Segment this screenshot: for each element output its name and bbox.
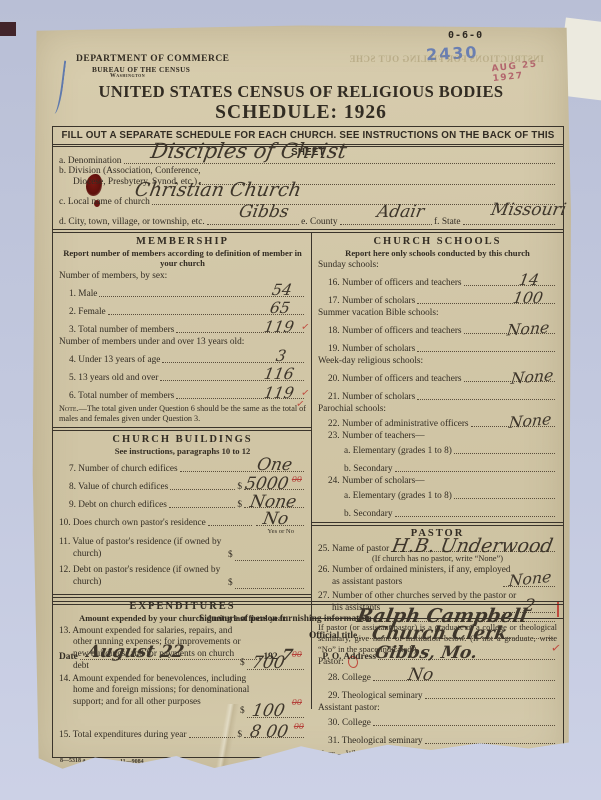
dotted-leader <box>454 453 555 454</box>
section-divider <box>53 427 312 431</box>
dotted-leader <box>189 737 236 738</box>
date-year-hand: 7 <box>280 647 294 663</box>
q22-label: 22. Number of administrative officers <box>318 419 469 429</box>
church-buildings-title: CHURCH BUILDINGS <box>59 434 306 445</box>
division-label-1: b. Division (Association, Conference, <box>59 166 201 176</box>
church-schools-title: CHURCH SCHOOLS <box>318 236 557 247</box>
dotted-leader <box>395 471 555 472</box>
q4-label: 4. Under 13 years of age <box>59 355 160 365</box>
q7-label: 7. Number of church edifices <box>59 464 178 474</box>
pastor-note: Note.—Where one pastor serves two or mor… <box>318 749 557 790</box>
q16-row: 16. Number of officers and teachers 14 <box>318 274 557 288</box>
dotted-leader <box>207 224 299 225</box>
q15-label: 15. Total expenditures during year <box>59 730 187 740</box>
q22-row: 22. Number of administrative officers No… <box>318 415 557 429</box>
date-address-row: Date , 192 7 P. O. Address August 22 Gib… <box>59 641 557 662</box>
q14-block: 14. Amount expended for benevolences, in… <box>59 674 306 720</box>
q20-row: 20. Number of officers and teachers None <box>318 370 557 384</box>
q25-row: 25. Name of pastor H.B. Underwood <box>318 540 557 554</box>
q26-block: 26. Number of ordained ministers, if any… <box>318 565 557 589</box>
q30-row: 30. College <box>318 714 557 728</box>
q29-row: 29. Theological seminary <box>318 687 557 701</box>
q18-label: 18. Number of officers and teachers <box>318 326 462 336</box>
q15-value: 8 00 <box>249 724 290 741</box>
q20-value: None <box>510 368 554 387</box>
q3-label: 3. Total number of members <box>59 325 174 335</box>
q5-value: 116 <box>263 367 295 383</box>
county-label: e. County <box>301 217 337 227</box>
po-address-value: Gibbs, Mo. <box>374 645 479 662</box>
q11-label: 11. Value of pastor's residence (if owne… <box>59 537 241 560</box>
q15-row: 15. Total expenditures during year $ 8 0… <box>59 726 306 740</box>
members-by-age-label: Number of members under and over 13 year… <box>59 337 306 347</box>
dotted-leader <box>417 399 555 400</box>
q12-label: 12. Debt on pastor's residence (if owned… <box>59 565 241 588</box>
department-line: DEPARTMENT OF COMMERCE <box>76 54 230 64</box>
q14-label: 14. Amount expended for benevolences, in… <box>59 674 251 709</box>
q10-label: 10. Does church own pastor's residence <box>59 518 206 528</box>
q19-row: 19. Number of scholars <box>318 340 557 354</box>
q29-label: 29. Theological seminary <box>318 691 423 701</box>
signature-row: Signature of person furnishing informati… <box>59 607 557 624</box>
section-divider <box>53 594 312 598</box>
q3-value: 119 <box>263 320 295 336</box>
note-label: Note. <box>318 749 338 758</box>
date-year-printed: , 192 <box>259 652 278 662</box>
q11-dollar: $ <box>228 550 233 562</box>
note-label: Note. <box>59 404 79 413</box>
city-county-state-row: d. City, town, village, or township, etc… <box>59 207 557 227</box>
city-value: Gibbs <box>238 204 291 221</box>
summer-schools-label: Summer vacation Bible schools: <box>318 308 557 318</box>
q1-value: 54 <box>271 283 293 299</box>
q19-label: 19. Number of scholars <box>318 344 415 354</box>
q10-hint: Yes or No <box>59 528 306 535</box>
q23b-row: b. Secondary <box>318 460 557 474</box>
q16-label: 16. Number of officers and teachers <box>318 278 462 288</box>
q12-dollar: $ <box>228 578 233 590</box>
state-label: f. State <box>434 217 461 227</box>
q2-row: 2. Female 65 <box>59 303 306 317</box>
denomination-row: a. Denomination Disciples of Christ <box>59 149 557 166</box>
q6-row: 6. Total number of members 119 ✓ ✓ <box>59 387 306 401</box>
q4-row: 4. Under 13 years of age 3 <box>59 351 306 365</box>
q23b-label: b. Secondary <box>318 464 393 474</box>
q17-row: 17. Number of scholars 100 <box>318 292 557 306</box>
membership-subtitle: Report number of members according to de… <box>59 248 306 269</box>
dotted-leader <box>169 507 236 508</box>
q3-row: 3. Total number of members 119 ✓ <box>59 321 306 335</box>
q8-row: 8. Value of church edifices $ 5000 00 <box>59 478 306 492</box>
dotted-leader <box>454 498 555 499</box>
dotted-leader <box>124 163 556 164</box>
q14-dollar: $ <box>240 706 245 718</box>
q24a-row: a. Elementary (grades 1 to 8) <box>318 487 557 501</box>
city-label: d. City, town, village, or township, etc… <box>59 217 205 227</box>
section-divider <box>312 522 563 526</box>
q22-value: None <box>508 412 552 431</box>
q26-label: 26. Number of ordained ministers, if any… <box>318 565 518 588</box>
note-text: —Where one pastor serves two or more chu… <box>318 749 557 789</box>
q18-value: None <box>506 320 550 338</box>
q23-label: 23. Number of teachers— <box>318 431 557 441</box>
q23a-row: a. Elementary (grades 1 to 8) <box>318 442 557 456</box>
signature-block: Signature of person furnishing informati… <box>53 601 563 662</box>
q11-answer: $ <box>228 550 306 562</box>
red-margin-note: R. <box>13 201 36 227</box>
photo-corner-artifact <box>0 22 16 36</box>
dotted-leader <box>425 743 555 744</box>
scanned-census-form: 0-6-0 2430 AUG 25 1927 INSTRUCTIONS FOR … <box>0 0 601 800</box>
sunday-schools-label: Sunday schools: <box>318 260 557 270</box>
form-border-box: FILL OUT A SEPARATE SCHEDULE FOR EACH CH… <box>52 126 564 758</box>
official-title-row: Official title Church Clerk <box>59 624 557 641</box>
q31-label: 31. Theological seminary <box>318 736 423 746</box>
form-title: UNITED STATES CENSUS OF RELIGIOUS BODIES <box>30 82 572 102</box>
assistant-pastor-label: Assistant pastor: <box>318 703 557 713</box>
q9-dollar: $ <box>237 500 242 510</box>
handwritten-code: 0-6-0 <box>448 30 483 41</box>
q17-value: 100 <box>512 291 544 307</box>
membership-title: MEMBERSHIP <box>59 236 306 247</box>
red-check-mark: ✓ <box>295 398 305 410</box>
q5-label: 5. 13 years old and over <box>59 373 158 383</box>
q12-answer: $ <box>228 578 306 590</box>
q1-row: 1. Male 54 <box>59 285 306 299</box>
q5-row: 5. 13 years old and over 116 <box>59 369 306 383</box>
local-name-value: Christian Church <box>133 181 302 200</box>
q24-label: 24. Number of scholars— <box>318 476 557 486</box>
q2-value: 65 <box>269 301 291 317</box>
q24b-label: b. Secondary <box>318 509 393 519</box>
q8-label: 8. Value of church edifices <box>59 482 168 492</box>
q16-value: 14 <box>518 273 540 289</box>
q28-label: 28. College <box>318 673 371 683</box>
form-number-left: 8—5318 a <box>60 758 86 764</box>
schedule-title: SCHEDULE: 1926 <box>30 102 572 124</box>
q6-label: 6. Total number of members <box>59 391 174 401</box>
q17-label: 17. Number of scholars <box>318 296 415 306</box>
membership-note: Note.—The total given under Question 6 s… <box>59 404 306 425</box>
division-row-2: Diocese, Presbytery, Synod, etc.) <box>59 176 557 187</box>
q6-value: 119 <box>263 386 295 402</box>
denomination-value: Disciples of Christ <box>149 141 348 162</box>
dotted-leader <box>340 224 432 225</box>
po-address-label: P. O. Address <box>322 652 376 662</box>
members-by-sex-label: Number of members, by sex: <box>59 271 306 281</box>
q7-value: One <box>256 457 294 474</box>
q8-dollar: $ <box>237 482 242 492</box>
q28-value: No <box>407 667 435 684</box>
q23a-label: a. Elementary (grades 1 to 8) <box>318 446 452 456</box>
form-paper: 0-6-0 2430 AUG 25 1927 INSTRUCTIONS FOR … <box>30 24 572 774</box>
church-schools-subtitle: Report here only schools conducted by th… <box>318 248 557 258</box>
form-number-right: 11—9084 <box>120 759 144 765</box>
q18-row: 18. Number of officers and teachers None <box>318 322 557 336</box>
q1-label: 1. Male <box>59 289 97 299</box>
q30-label: 30. College <box>318 718 371 728</box>
q10-value: No <box>261 511 289 528</box>
q25-label: 25. Name of pastor <box>318 544 389 554</box>
weekday-schools-label: Week-day religious schools: <box>318 356 557 366</box>
answer-blank <box>235 560 304 561</box>
q8-cents-red: 00 <box>292 475 302 484</box>
bleed-through-text: INSTRUCTIONS FOR FILLING OUT SCHE <box>349 54 544 64</box>
dotted-leader <box>395 516 555 517</box>
q25-value: H.B. Underwood <box>391 537 555 556</box>
q2-label: 2. Female <box>59 307 106 317</box>
denomination-label: a. Denomination <box>59 156 122 166</box>
official-title-label: Official title <box>309 631 357 641</box>
q20-label: 20. Number of officers and teachers <box>318 374 462 384</box>
q10-row: 10. Does church own pastor's residence N… <box>59 514 306 528</box>
q28-row: 28. College No <box>318 669 557 683</box>
q31-row: 31. Theological seminary <box>318 732 557 746</box>
q24a-label: a. Elementary (grades 1 to 8) <box>318 491 452 501</box>
dotted-leader <box>464 285 555 286</box>
q11-block: 11. Value of pastor's residence (if owne… <box>59 537 306 563</box>
red-check-mark: ✓ <box>300 321 310 333</box>
q7-row: 7. Number of church edifices One <box>59 460 306 474</box>
q15-dollar: $ <box>237 730 242 740</box>
q9-label: 9. Debt on church edifices <box>59 500 167 510</box>
q24b-row: b. Secondary <box>318 505 557 519</box>
note-text: —The total given under Question 6 should… <box>59 404 306 423</box>
local-name-row: c. Local name of church Christian Church <box>59 187 557 207</box>
dotted-leader <box>425 698 555 699</box>
dotted-leader <box>417 351 555 352</box>
date-value: August 22 <box>86 644 186 661</box>
q12-block: 12. Debt on pastor's residence (if owned… <box>59 565 306 591</box>
dotted-leader <box>463 224 555 225</box>
q8-value: 5000 <box>243 476 289 493</box>
q14-cents-red: 00 <box>292 698 302 708</box>
q21-label: 21. Number of scholars <box>318 392 415 402</box>
office-line: Washington <box>110 73 145 79</box>
dotted-leader <box>373 725 555 726</box>
church-identity-section: a. Denomination Disciples of Christ b. D… <box>53 147 563 229</box>
answer-blank <box>235 588 304 589</box>
date-label: Date <box>59 652 78 662</box>
signature-label: Signature of person furnishing informati… <box>199 614 372 624</box>
q15-cents-red: 00 <box>294 722 304 731</box>
dotted-leader <box>208 525 252 526</box>
q14-value: 100 <box>250 703 285 720</box>
red-check-mark: ✓ <box>300 387 310 399</box>
dotted-leader <box>170 489 235 490</box>
division-row-1: b. Division (Association, Conference, <box>59 166 557 176</box>
county-value: Adair <box>376 204 426 221</box>
state-value: Missouri <box>490 202 568 219</box>
q21-row: 21. Number of scholars <box>318 388 557 402</box>
dotted-leader <box>373 680 555 681</box>
